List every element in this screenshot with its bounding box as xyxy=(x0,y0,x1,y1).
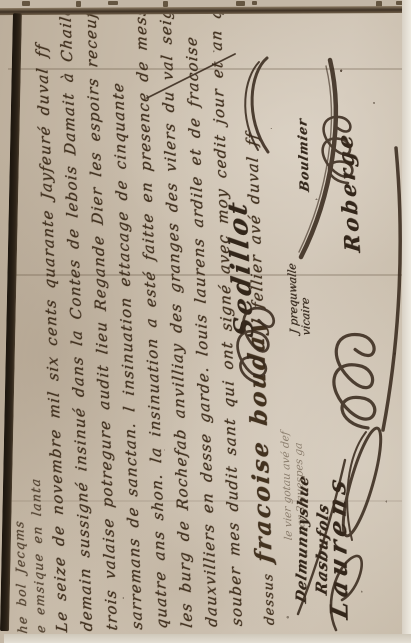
signature-boulmier: Boulmier xyxy=(294,117,312,193)
scan-bottom-margin xyxy=(4,634,411,643)
party-name: fracoise bouday xyxy=(242,316,278,564)
scanned-manuscript-page: he bol Jecqms e emsique en lanta Le seiz… xyxy=(0,0,411,643)
signature-vicaire-title: vicaire xyxy=(298,264,313,336)
signature-scribble-1: Delmunnyshue xyxy=(294,473,312,605)
signature-roberge: Roberge xyxy=(332,131,365,254)
page-edge-mark xyxy=(252,1,257,5)
page-edge-mark xyxy=(236,1,245,6)
page-edge-mark xyxy=(76,1,81,7)
scan-right-margin xyxy=(402,0,411,643)
page-edge-mark xyxy=(108,1,118,5)
signature-scribble-2: Rasbufols xyxy=(312,501,332,597)
closing-prefix: dessus xyxy=(261,572,278,626)
manuscript-text-block: he bol Jecqms e emsique en lanta Le seiz… xyxy=(0,0,411,634)
page-edge-mark xyxy=(22,1,30,6)
page-edge-mark xyxy=(163,1,168,7)
signature-vicaire: J prequwalle vicaire xyxy=(286,263,313,337)
